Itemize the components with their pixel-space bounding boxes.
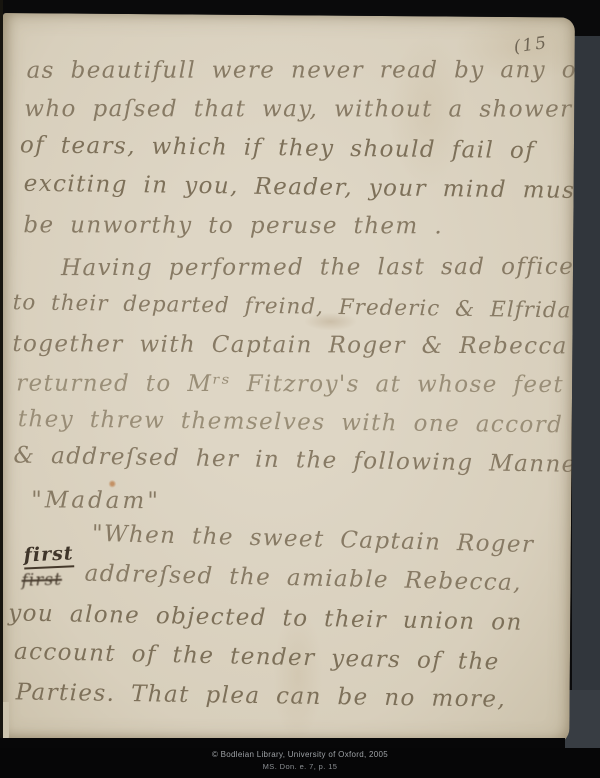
manuscript-page: (15 as beautifull were never read by any… — [0, 13, 575, 744]
caption-shelfmark: MS. Don. e. 7, p. 15 — [0, 762, 600, 771]
manuscript-line: "When the sweet Captain Roger — [92, 521, 535, 558]
top-black-band — [0, 0, 600, 13]
page-number: (15 — [513, 33, 550, 57]
library-caption: © Bodleian Library, University of Oxford… — [0, 750, 600, 771]
manuscript-line-madam: "Madam" — [31, 487, 161, 514]
left-black-strip — [0, 0, 3, 778]
manuscript-line: who paſsed that way, without a shower — [24, 96, 572, 122]
manuscript-line: be unworthy to peruse them . — [23, 212, 443, 239]
manuscript-line: they threw themselves with one accord — [18, 406, 564, 438]
manuscript-line: exciting in you, Reader, your mind must — [23, 171, 574, 204]
manuscript-photo: (15 as beautifull were never read by any… — [0, 0, 600, 778]
manuscript-line: & addreſsed her in the following Manner. — [13, 443, 575, 479]
crossed-out-word: first — [21, 570, 62, 591]
manuscript-line: together with Captain Roger & Rebecca — [12, 331, 568, 359]
manuscript-line: returned to Mʳˢ Fitzroy's at whose feet — [16, 371, 564, 398]
manuscript-line: Parties. That plea can be no more, — [15, 679, 506, 712]
inserted-word-first: first — [23, 542, 74, 569]
manuscript-line: addreſsed the amiable Rebecca, — [84, 561, 522, 597]
caption-copyright: © Bodleian Library, University of Oxford… — [0, 750, 600, 759]
manuscript-line: you alone objected to their union on — [8, 600, 523, 635]
manuscript-line: as beautifull were never read by any one — [27, 57, 575, 84]
background-gray-band — [572, 0, 600, 778]
manuscript-line: of tears, which if they should fail of — [20, 132, 535, 164]
manuscript-line: to their departed freind, Frederic & Elf… — [13, 290, 572, 323]
manuscript-line: Having performed the last sad office — [61, 254, 574, 281]
manuscript-line: account of the tender years of the — [14, 639, 500, 676]
